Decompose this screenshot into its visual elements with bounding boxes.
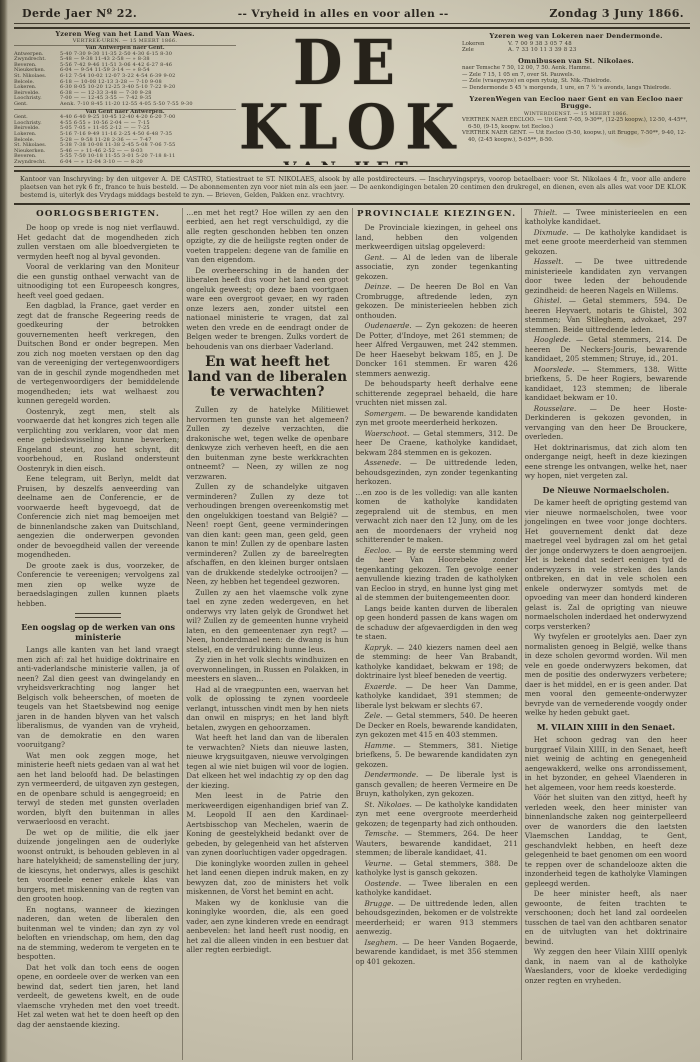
schedule-title: Yzeren weg van Lokeren naer Dendermonde. (462, 33, 690, 41)
issue-date: Zondag 3 Juny 1866. (549, 7, 684, 20)
article-paragraph: Het doktrinarismus, dat zich alom ten on… (525, 443, 687, 481)
article-paragraph: Wat men ook zeggen moge, het ministerie … (17, 751, 179, 827)
election-result-item: Hooglede. — Getal stemmers, 214. De heer… (525, 335, 687, 364)
issue-number: Derde Jaer Nº 22. (22, 7, 137, 20)
town-name: Exaerde. (365, 682, 397, 691)
masthead-center: DE KLOK VAN HET LAND VAN WAES. WEEKBLAD … (239, 29, 458, 165)
station-name: Zele (462, 47, 508, 54)
election-result-item: Moorslede. — Stemmers, 138. Witte briefk… (525, 365, 687, 403)
departure-times: A. 7 33 10 11 3 39 8 23 (508, 47, 690, 54)
election-result-item: Exaerde. — De heer Van Damme, katholyke … (356, 682, 518, 711)
body-column: OORLOGSBERIGTEN.De hoop op vrede is nog … (14, 208, 182, 1060)
article-heading: OORLOGSBERIGTEN. (17, 210, 179, 220)
paper-title: DE KLOK (239, 31, 458, 161)
schedule-title: Omnibussen van St. Nikolaes. (462, 58, 690, 66)
schedule-line: — Zele (vraegwyze) en open rytuig, St. N… (462, 78, 690, 85)
schedule-row: Gent.Aenk. 7-10 8-45 11-20 12-55 4-05 5-… (14, 102, 236, 108)
article-paragraph: …en met het regt? Hoe willen zy aen den … (186, 208, 348, 265)
town-name: Temsche. (365, 829, 399, 838)
election-result-item: Oostende. — Twee liberalen en een kathol… (356, 879, 518, 898)
article-paragraph: Zullen zy de hatelyke Militiewet hervorm… (186, 405, 348, 481)
schedule-line: — Dendermonde 5 45 's morgends, 1 ure, e… (462, 85, 690, 92)
town-name: Ghistel. (534, 296, 562, 305)
schedule-rows: Gent.4-40 6-40 9-25 10-45 12-40 4-20 6-2… (14, 115, 236, 165)
article-paragraph: De hoop op vrede is nog niet verflauwd. … (17, 223, 179, 261)
election-result-item: Deinze. — De heeren De Bol en Van Crombr… (356, 282, 518, 320)
article-paragraph: Vóór het sluiten van den zittyd, heeft h… (525, 793, 687, 888)
header-row: Derde Jaer Nº 22. -- Vryheid in alles en… (12, 0, 692, 22)
schedule-row: LokerenV. 7 00 9 38 3 05 7 48 (462, 41, 690, 48)
schedule-line: naer Temsche 7 50, 12 00, 7 50. Aenk. Ha… (462, 65, 690, 72)
newspaper-page: Derde Jaer Nº 22. -- Vryheid in alles en… (0, 0, 700, 1062)
article-paragraph: De overheersching in de handen der liber… (186, 266, 348, 352)
article-paragraph: Vooral de verklaring van den Moniteur di… (17, 262, 179, 300)
article-paragraph: De heer minister heeft, als naer gewoont… (525, 889, 687, 946)
election-result-item: Brugge. — De uittredende leden, allen be… (356, 899, 518, 937)
article-paragraph: En nogtans, wanneer de kiezingen naderen… (17, 905, 179, 962)
election-result-item: Hasselt. — De twee uittredende ministeri… (525, 257, 687, 295)
article-paragraph: Wy zeggen den heer Vilain XIIII openlyk … (525, 947, 687, 985)
train-schedule-left: Yzeren Weg van het Land Van Waes. VERTRE… (12, 29, 239, 165)
article-paragraph: De kamer heeft de oprigting gestemd van … (525, 498, 687, 631)
article-paragraph: De Provinciale kiezingen, in geheel ons … (356, 223, 518, 252)
schedule-line: VERTREK NAER EECLOO. — Uit Gent 7-05, 9-… (462, 117, 690, 130)
schedule-lines: VERTREK NAER EECLOO. — Uit Gent 7-05, 9-… (462, 117, 690, 143)
article-paragraph: Een dagblad, la France, gaet verder en z… (17, 301, 179, 406)
divider-ornament (75, 613, 121, 618)
election-result-item: Eecloo. — By de eerste stemming werd de … (356, 546, 518, 603)
town-name: Oostende. (365, 879, 402, 888)
article-heading: M. VILAIN XIIII in den Senaet. (525, 723, 687, 733)
article-paragraph: Langs beide kanten durven de liberalen o… (356, 604, 518, 642)
election-result-item: Zele. — Getal stemmers, 540. De heeren D… (356, 711, 518, 740)
article-paragraph: Men leest in de Patrie den merkweerdigen… (186, 791, 348, 858)
town-name: Hamme. (365, 741, 396, 750)
election-result-item: Hamme. — Stemmers, 381. Nietige briefken… (356, 741, 518, 770)
town-name: Hasselt. (534, 257, 564, 266)
train-schedule-right: Yzeren weg van Lokeren naer Dendermonde.… (458, 29, 692, 165)
station-name: Lokeren (462, 41, 508, 48)
town-name: Zele. (365, 711, 383, 720)
paper-motto: -- Vryheid in alles en voor allen -- (238, 8, 449, 20)
election-result-item: Waerschoot. — Getal stemmers, 312. De he… (356, 429, 518, 458)
article-paragraph: Langs alle kanten van het land vraegt me… (17, 645, 179, 750)
schedule-lines: naer Temsche 7 50, 12 00, 7 50. Aenk. Ha… (462, 65, 690, 91)
station-name: Gent. (14, 102, 60, 108)
election-result-item: Dixmude. — De katholyke kandidaet is met… (525, 228, 687, 257)
election-result-item: Gent. — Al de leden van de liberale asso… (356, 253, 518, 282)
article-paragraph: De behoudsparty heeft derhalve eene schi… (356, 379, 518, 408)
article-paragraph: Dat het volk dan toch eens de oogen open… (17, 963, 179, 1030)
election-result-item: Oudenaerde. — Zyn gekozen: de heeren De … (356, 321, 518, 378)
article-paragraph: Die koninglyke woorden zullen in geheel … (186, 859, 348, 897)
article-paragraph: De groote zaek is dus, voorzeker, de Con… (17, 561, 179, 609)
departure-times: Aenk. 7-10 8-45 11-20 12-55 4-05 5-50 7-… (60, 102, 236, 108)
town-name: Dendermonde. (365, 770, 419, 779)
schedule-row: ZeleA. 7 33 10 11 3 39 8 23 (462, 47, 690, 54)
departure-times: V. 7 00 9 38 3 05 7 48 (508, 41, 690, 48)
schedule-rows: LokerenV. 7 00 9 38 3 05 7 48ZeleA. 7 33… (462, 41, 690, 54)
town-name: Veurne. (365, 859, 393, 868)
article-paragraph: Had al de vraegpunten een, waervan het v… (186, 685, 348, 733)
body-column: PROVINCIALE KIEZINGEN.De Provinciale kie… (352, 208, 521, 1060)
schedule-note: VERTREK-UREN. — 15 MEERT 1866. (14, 39, 236, 45)
schedule-rows: Antwerpen.5-40 7-30 9-30 11-35 2-50 4-30… (14, 52, 236, 108)
article-heading: Een oogslag op de werken van ons ministe… (17, 623, 179, 642)
town-name: Waerschoot. (365, 429, 410, 438)
article-paragraph: Maken wy de konklusie van die koninglyke… (186, 898, 348, 955)
town-name: Eecloo. (365, 546, 392, 555)
election-result-item: Kapryk. — 240 kiezers namen deel aen de … (356, 643, 518, 681)
election-result-item: Somergem. — De bewarende kandidaten zyn … (356, 409, 518, 428)
article-paragraph: Zy zien in het volk slechts windhuizen e… (186, 655, 348, 684)
town-name: Iseghem. (365, 938, 398, 947)
town-name: Deinze. (365, 282, 392, 291)
schedule-title: YzerenWegen van Eecloo naer Gent en van … (462, 96, 690, 111)
imprint-text: Kantoor van Inschryving: by den uitgever… (12, 172, 692, 202)
town-name: Brugge. (365, 899, 394, 908)
body-column: …en met het regt? Hoe willen zy aen den … (182, 208, 351, 1060)
article-paragraph: …en zoo is de les volledig: van alle kan… (356, 488, 518, 545)
town-name: Assenede. (365, 458, 402, 467)
election-result-item: St. Nikolaes. — De katholyke kandidaten … (356, 800, 518, 829)
town-name: Moorslede. (534, 365, 575, 374)
article-headline: En wat heeft het land van de liberalen t… (186, 355, 348, 400)
town-name: Rousselare. (534, 404, 577, 413)
article-paragraph: Zullen zy aen het vlaemsche volk zyne ta… (186, 588, 348, 655)
town-name: Hooglede. (534, 335, 571, 344)
article-paragraph: De wet op de militie, die elk jaer duize… (17, 828, 179, 904)
article-paragraph: Zullen zy de schandelyke uitgaven vermin… (186, 482, 348, 587)
election-result-item: Assenede. — De uittredende leden, behoud… (356, 458, 518, 487)
article-paragraph: Wat heeft het land dan van de liberalen … (186, 733, 348, 790)
election-result-item: Iseghem. — De heer Vanden Bogaerde, bewa… (356, 938, 518, 967)
masthead: Yzeren Weg van het Land Van Waes. VERTRE… (12, 29, 692, 165)
schedule-line: VERTREK NAER GENT. — Uit Eecloo (5-50, k… (462, 130, 690, 143)
election-result-item: Thielt. — Twee ministerieelen en een kat… (525, 208, 687, 227)
election-result-item: Rousselare. — De heer Hoste-Derkinderen … (525, 404, 687, 442)
article-heading: PROVINCIALE KIEZINGEN. (356, 210, 518, 220)
town-name: Dixmude. (534, 228, 569, 237)
article-paragraph: Oostenryk, zegt men, stelt als voorwaerd… (17, 407, 179, 474)
town-name: Gent. (365, 253, 385, 262)
town-name: Somergem. (365, 409, 407, 418)
article-heading: De Nieuwe Normaelscholen. (525, 486, 687, 496)
body-column: Thielt. — Twee ministerieelen en een kat… (521, 208, 690, 1060)
election-result-item: Veurne. — Getal stemmers, 388. De kathol… (356, 859, 518, 878)
election-result-item: Ghistel. — Getal stemmers, 594. De heere… (525, 296, 687, 334)
town-name: Oudenaerde. (365, 321, 412, 330)
election-result-item: Temsche. — Stemmers, 264. De heer Wauter… (356, 829, 518, 858)
town-name: Kapryk. (365, 643, 393, 652)
town-name: Thielt. (534, 208, 557, 217)
article-paragraph: Eene telegram, uit Berlyn, meldt dat Pru… (17, 474, 179, 560)
election-result-item: Dendermonde. — De liberale lyst is gansc… (356, 770, 518, 799)
article-paragraph: Wy twyfelen er grootelyks aen. Daer zyn … (525, 632, 687, 718)
body-columns: OORLOGSBERIGTEN.De hoop op vrede is nog … (12, 205, 692, 1060)
page-edge-shadow (0, 0, 8, 1062)
article-paragraph: Het schoon gedrag van den heer burggraef… (525, 735, 687, 792)
town-name: St. Nikolaes. (365, 800, 412, 809)
